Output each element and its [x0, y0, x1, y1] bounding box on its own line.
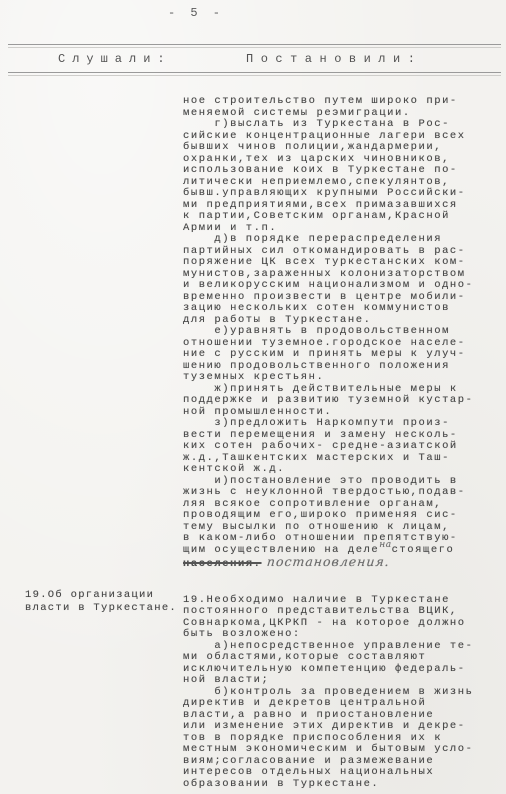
text-line: г)выслать из Туркестана в Рос- [183, 119, 493, 131]
resolution-section19: 19.Необходимо наличие в Туркестанепостоя… [183, 595, 493, 791]
text-line: туземных крестьян. [183, 372, 493, 384]
header-rule-bottom [8, 72, 501, 76]
handwritten-word: постановления. [261, 556, 390, 568]
text-line: жизнь с неуклонной твердостью,подав- [183, 487, 493, 499]
text-line: ких сотен рабочих- средне-азиатской [183, 441, 493, 453]
resolved-column-header: Постановили: [246, 52, 422, 66]
text-line: бывш.управляющих крупными Российски- [183, 188, 493, 200]
text-line: поряжение ЦК всех туркестанских ком- [183, 257, 493, 269]
text-line: местным экономическим и бытовым усло- [183, 744, 493, 756]
agenda-item-19: 19.Об организациивласти в Туркестане. [25, 589, 185, 615]
amended-line: населения. постановления. [183, 556, 493, 571]
text-line: поддержке и развитию туземной кустар- [183, 395, 493, 407]
text-line: д)в порядке перераспределения [183, 234, 493, 246]
header-rule-top [8, 44, 501, 48]
resolution-part1: ное строительство путем широко при-меняе… [183, 96, 493, 545]
text-line: или изменение этих директив и декре- [183, 721, 493, 733]
text-line: директив и декретов центральной [183, 698, 493, 710]
text-line: к партии,Советским органам,Красной [183, 211, 493, 223]
text-line: з)предложить Наркомпути произ- [183, 418, 493, 430]
text-line: проводящим его,широко применяя сис- [183, 510, 493, 522]
text-line: использование коих в Туркестане по- [183, 165, 493, 177]
text-line: ной власти; [183, 675, 493, 687]
text-line: е)уравнять в продовольственном [183, 326, 493, 338]
text-line: ми областями,которые составляют [183, 652, 493, 664]
page-number: - 5 - [168, 6, 224, 20]
corrected-line-post: стоящего [392, 544, 455, 556]
text-line: бывших чинов полиции,жандармерии, [183, 142, 493, 154]
text-line: ние с русским и принять меры к улуч- [183, 349, 493, 361]
text-line: и великорусским национализмом и одно- [183, 280, 493, 292]
struck-word: населения. [183, 558, 262, 570]
resolution-text: ное строительство путем широко при-меняе… [183, 96, 493, 790]
text-line: постоянного представительства ВЦИК, [183, 606, 493, 618]
text-line: образовании в Туркестане. [183, 779, 493, 791]
text-line: власти в Туркестане. [25, 602, 185, 615]
text-line: 19.Об организации [25, 589, 185, 602]
inserted-word: на [379, 540, 391, 550]
text-line: быть возложено: [183, 629, 493, 641]
text-line: ное строительство путем широко при- [183, 96, 493, 108]
text-line: зацию нескольких сотен коммунистов [183, 303, 493, 315]
text-line: кентской ж.д. [183, 464, 493, 476]
document-page: - 5 - Слушали: Постановили: 19.Об органи… [0, 0, 506, 794]
text-line: интересов отдельных национальных [183, 767, 493, 779]
heard-column-header: Слушали: [58, 52, 172, 66]
